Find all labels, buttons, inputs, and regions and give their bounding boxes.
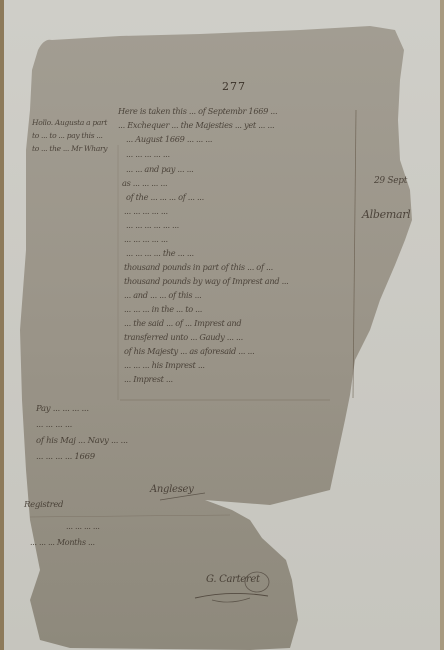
- lower-entry-line: of his Maj ... Navy ... ...: [36, 436, 128, 446]
- right-margin-name: Albemarl: [362, 208, 410, 221]
- main-text-line: ... August 1669 ... ... ...: [126, 134, 212, 144]
- margin-note-line: to ... the ... Mr Whary: [32, 144, 107, 153]
- main-text-line: ... ... and pay ... ...: [126, 164, 194, 174]
- carteret-signature: G. Carteret: [206, 574, 260, 585]
- lower-entry-line: ... ... ... ... 1669: [36, 452, 95, 462]
- main-text-line: transferred unto ... Gaudy ... ...: [124, 332, 243, 342]
- lower-entry-line: ... ... ... ...: [36, 420, 72, 430]
- main-text-line: ... Imprest ...: [124, 374, 173, 384]
- margin-note-line: to ... to ... pay this ...: [32, 131, 103, 140]
- main-text-line: thousand pounds by way of Imprest and ..…: [124, 276, 288, 286]
- main-text-line: ... ... ... ... ... ...: [126, 220, 179, 230]
- lower-entry-line: Pay ... ... ... ...: [36, 404, 89, 414]
- registration-note: Registred: [24, 500, 63, 510]
- main-text-line: ... Exchequer ... the Majesties ... yet …: [118, 120, 274, 130]
- main-text-line: as ... ... ... ...: [122, 178, 167, 188]
- main-text-line: ... ... ... his Imprest ...: [124, 360, 205, 370]
- anglesey-signature: Anglesey: [150, 484, 193, 495]
- main-text-line: Here is taken this ... of Septembr 1669 …: [118, 106, 277, 116]
- main-text-line: ... ... ... in the ... to ...: [124, 304, 202, 314]
- main-text-line: ... ... ... ... ...: [126, 149, 170, 159]
- final-line: ... ... ... ...: [66, 522, 100, 531]
- main-text-line: ... the said ... of ... Imprest and: [124, 318, 241, 328]
- main-text-line: ... ... ... ... ...: [124, 206, 168, 216]
- main-text-line: thousand pounds in part of this ... of .…: [124, 262, 273, 272]
- main-text-line: ... and ... ... of this ...: [124, 290, 202, 300]
- right-margin-date: 29 Sept: [374, 176, 407, 186]
- main-text-line: of his Majesty ... as aforesaid ... ...: [124, 346, 254, 356]
- folio-number: 277: [222, 80, 246, 93]
- main-text-line: ... ... ... ... ...: [124, 234, 168, 244]
- main-text-line: ... ... ... ... the ... ...: [126, 248, 194, 258]
- final-line: ... ... ... Months ...: [30, 538, 95, 547]
- margin-note-line: Hollo. Augusta a part: [32, 118, 107, 127]
- main-text-line: of the ... ... ... of ... ...: [126, 192, 204, 202]
